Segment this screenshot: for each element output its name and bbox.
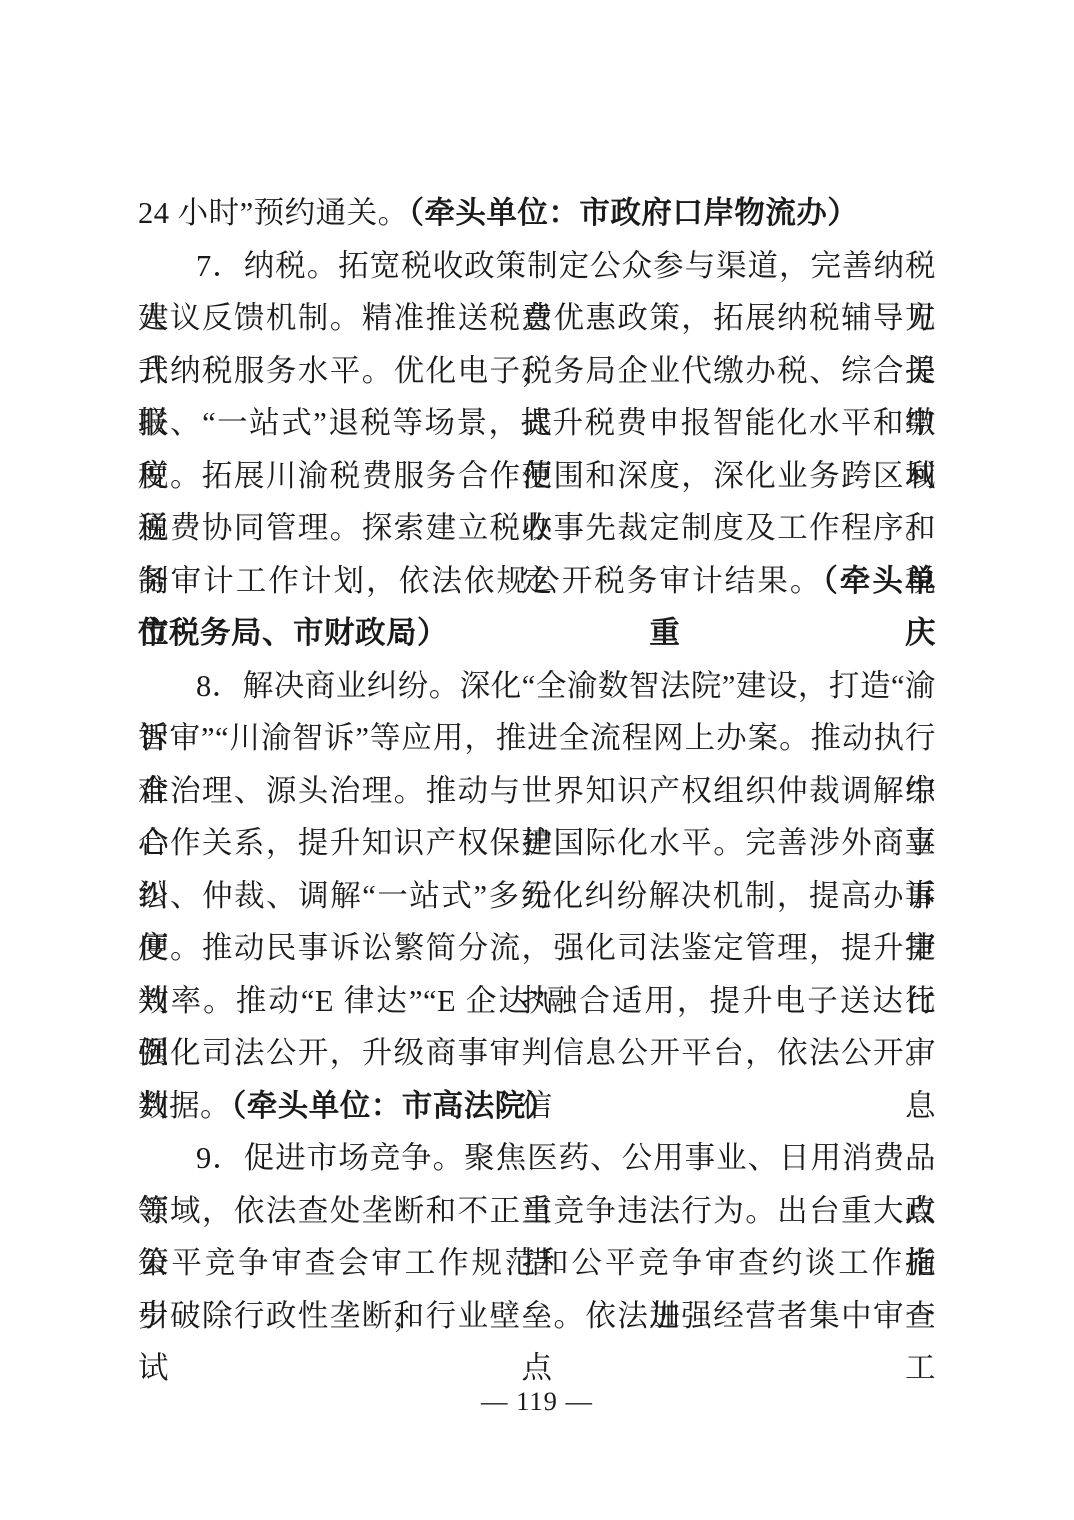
text-segment: 务审计工作计划，依法依规公开税务审计结果。 xyxy=(138,564,822,598)
lead-unit-label: 市税务局、市财政局） xyxy=(138,616,448,650)
text-line: 24 小时”预约通关。（牵头单位：市政府口岸物流办） xyxy=(138,187,936,240)
text-line: 领域，依法查处垄断和不正当竞争违法行为。出台重大政策措施 xyxy=(138,1185,936,1238)
text-segment: 步破除行政性垄断和行业壁垒。依法加强经营者集中审查试点工 xyxy=(138,1299,936,1386)
text-line: 税费协同管理。探索建立税收事先裁定制度及工作程序。制定税 xyxy=(138,502,936,555)
text-line: 合作关系，提升知识产权保护国际化水平。完善涉外商事纠纷诉 xyxy=(138,817,936,870)
lead-unit-label: （牵头单位：市政府口岸物流办） xyxy=(409,196,859,230)
text-segment: 24 小时”预约通关。 xyxy=(138,196,409,230)
text-line: 度。拓展川渝税费服务合作范围和深度，深化业务跨区域通办和 xyxy=(138,450,936,503)
page-number: — 119 — xyxy=(481,1386,593,1416)
text-line: 讼、仲裁、调解“一站式”多元化纠纷解决机制，提高办事便捷 xyxy=(138,870,936,923)
text-line: 步破除行政性垄断和行业壁垒。依法加强经营者集中审查试点工 xyxy=(138,1290,936,1343)
text-line: 报、“一站式”退税等场景，提升税费申报智能化水平和缴税便利 xyxy=(138,397,936,450)
lead-unit-label: （牵头单位：市高法院） xyxy=(231,1089,557,1123)
document-page: 24 小时”预约通关。（牵头单位：市政府口岸物流办）7．纳税。拓宽税收政策制定公… xyxy=(0,0,1074,1520)
text-segment: 数据。 xyxy=(138,1089,231,1123)
text-line: 合治理、源头治理。推动与世界知识产权组织仲裁调解中心建立 xyxy=(138,765,936,818)
document-body: 24 小时”预约通关。（牵头单位：市政府口岸物流办）7．纳税。拓宽税收政策制定公… xyxy=(138,187,936,1342)
text-line: 务审计工作计划，依法依规公开税务审计结果。（牵头单位：重庆 xyxy=(138,555,936,608)
text-line: 效率。推动“E 律达”“E 企达”融合适用，提升电子送达比例。 xyxy=(138,975,936,1028)
text-line: 8．解决商业纠纷。深化“全渝数智法院”建设，打造“渝诉 xyxy=(138,660,936,713)
text-line: 7．纳税。拓宽税收政策制定公众参与渠道，完善纳税人意见 xyxy=(138,240,936,293)
text-line: 度。推动民事诉讼繁简分流，强化司法鉴定管理，提升审判执行 xyxy=(138,922,936,975)
text-line: 升纳税服务水平。优化电子税务局企业代缴办税、综合关联式申 xyxy=(138,345,936,398)
text-line: 强化司法公开，升级商事审判信息公开平台，依法公开审判信息 xyxy=(138,1027,936,1080)
page-footer: — 119 — xyxy=(0,1375,1074,1427)
text-line: 公平竞争审查会审工作规范和公平竞争审查约谈工作指引，进一 xyxy=(138,1237,936,1290)
text-line: 建议反馈机制。精准推送税费优惠政策，拓展纳税辅导方式，提 xyxy=(138,292,936,345)
text-line: 智审”“川渝智诉”等应用，推进全流程网上办案。推动执行难综 xyxy=(138,712,936,765)
text-line: 9．促进市场竞争。聚焦医药、公用事业、日用消费品等重点 xyxy=(138,1132,936,1185)
